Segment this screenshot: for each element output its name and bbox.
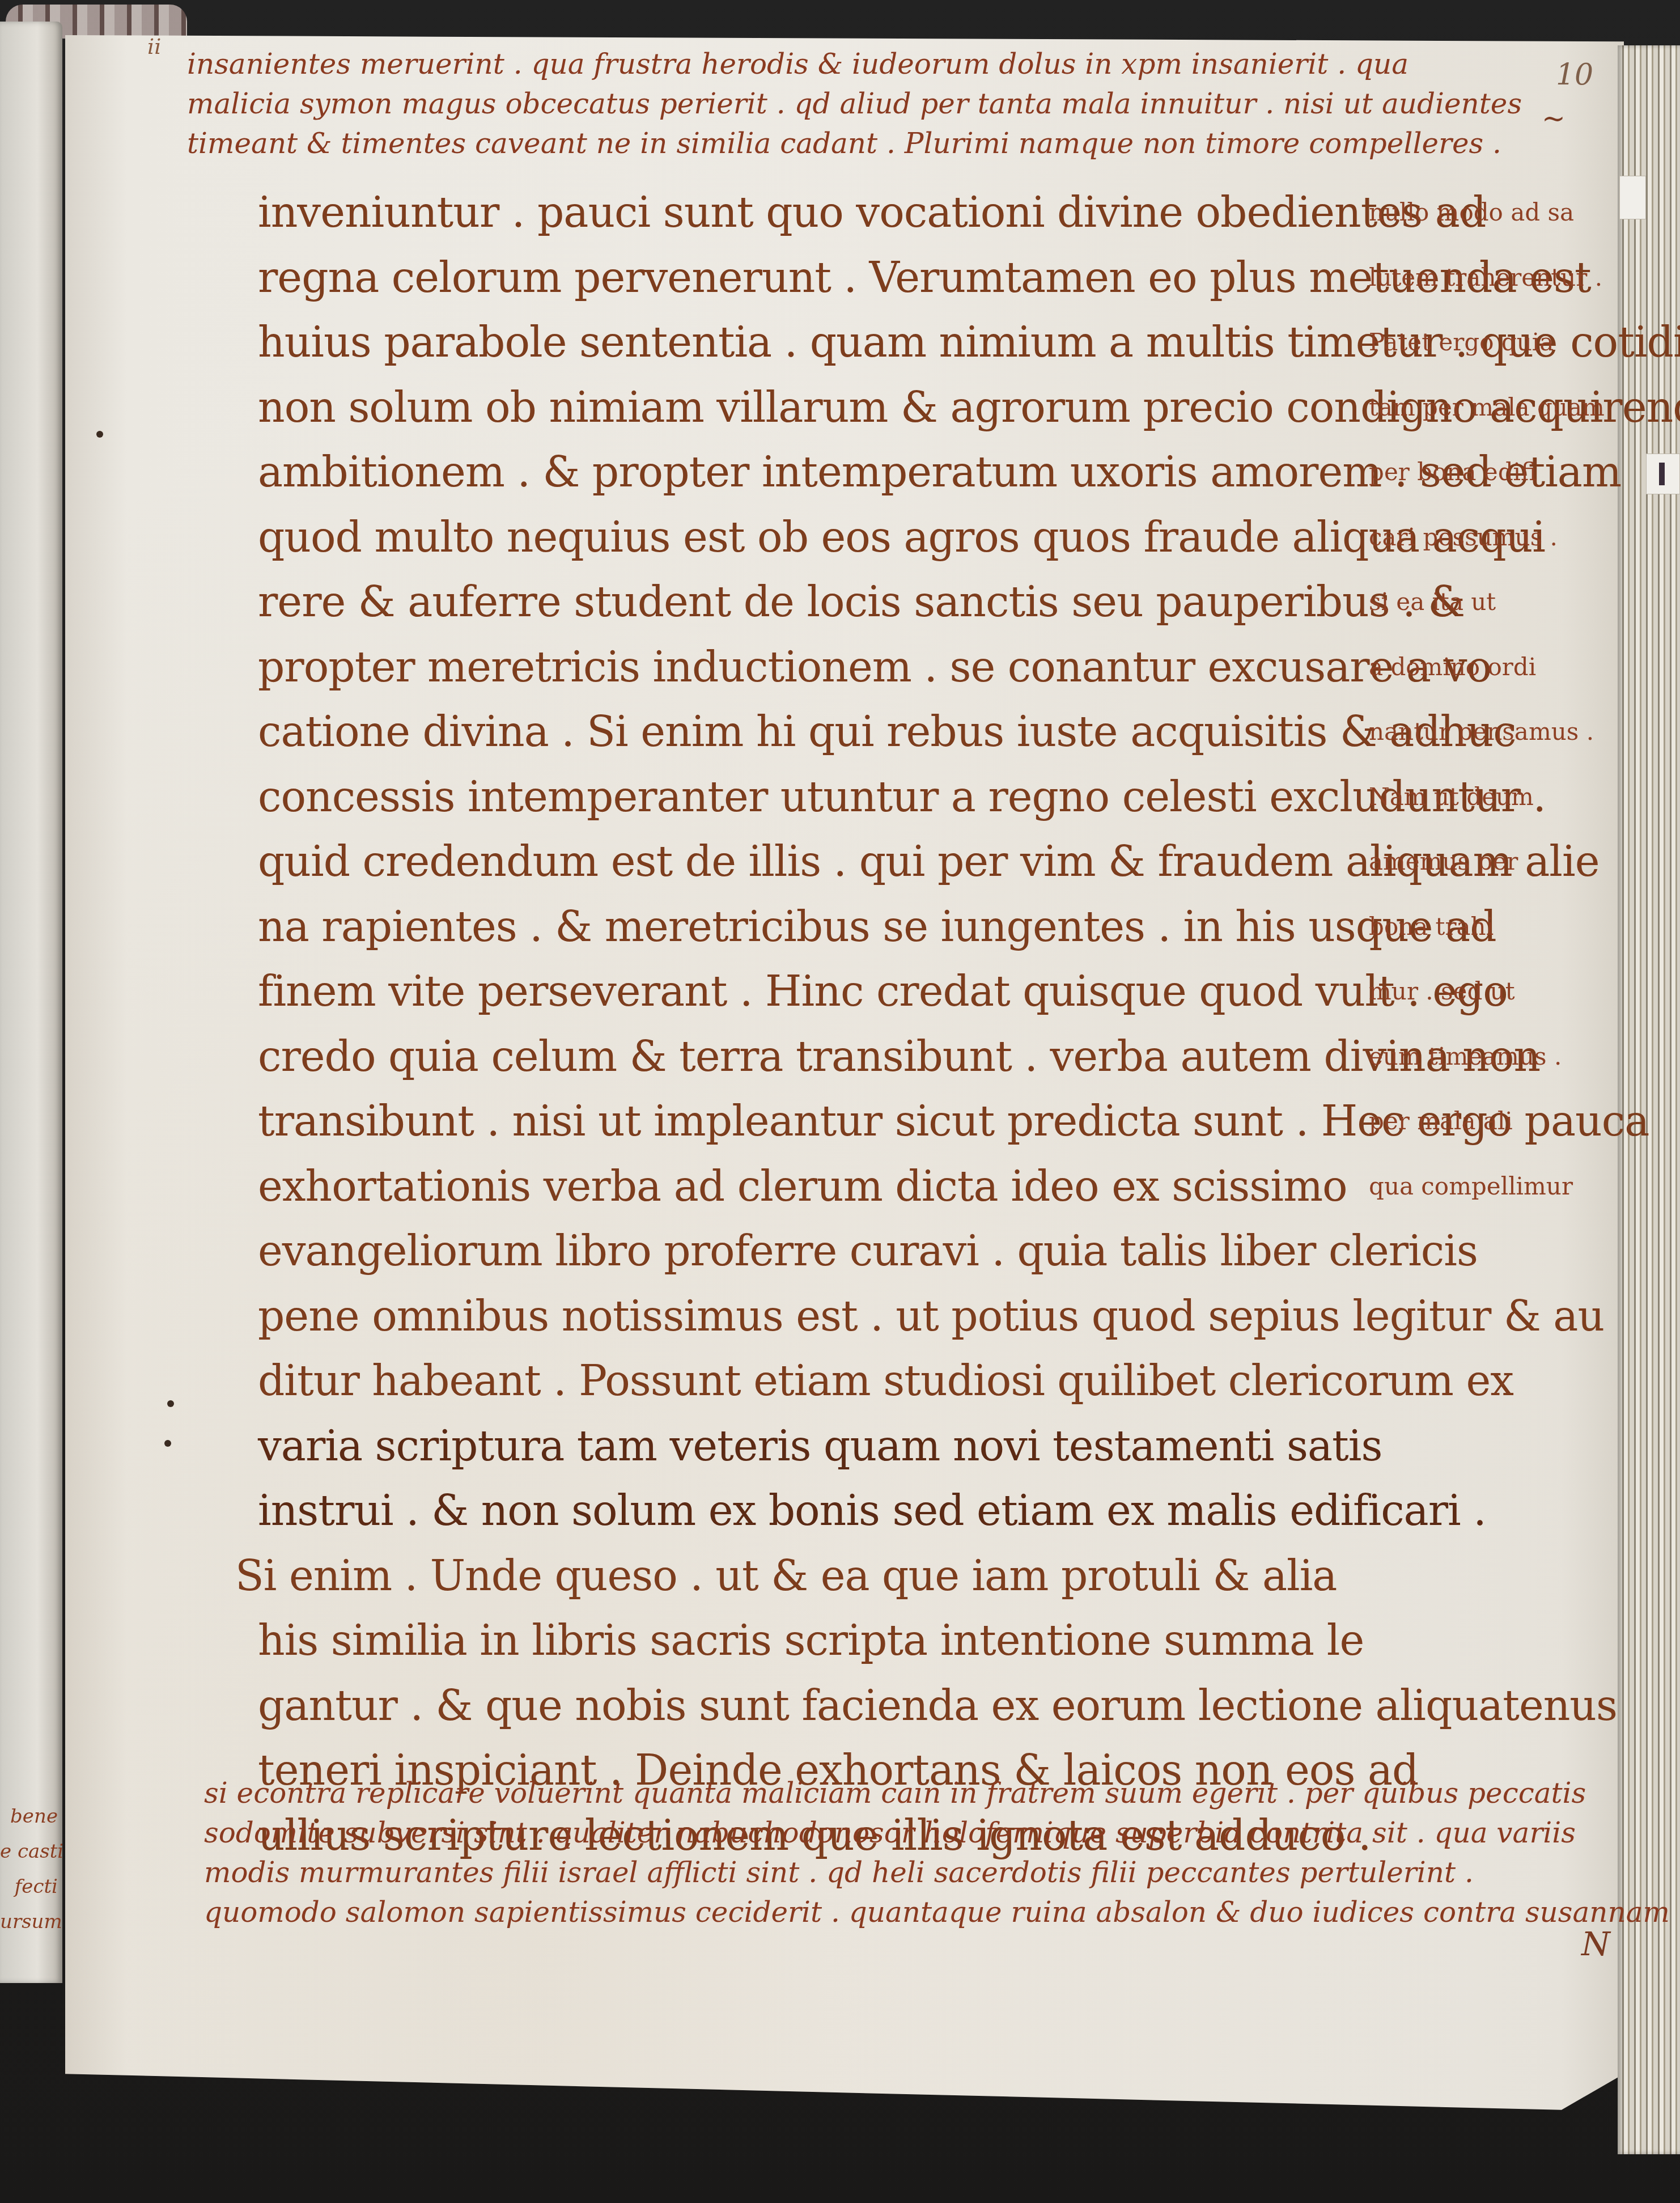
quire-mark: N bbox=[1581, 1925, 1610, 1963]
facing-fragment: ursum bbox=[0, 1904, 58, 1939]
text-line: his similia in libris sacris scripta int… bbox=[258, 1608, 1680, 1674]
gloss-line: insanientes meruerint . qua frustra hero… bbox=[187, 44, 1522, 84]
margin-line: Nam ut deum bbox=[1369, 765, 1605, 830]
facing-page-left: bene e casti fecti ursum bbox=[0, 22, 62, 1983]
pricking-dot bbox=[96, 431, 103, 438]
margin-line: tam per mala quam bbox=[1369, 375, 1605, 440]
text-line: instrui . & non solum ex bonis sed etiam… bbox=[258, 1478, 1680, 1544]
text-line: gantur . & que nobis sunt facienda ex eo… bbox=[258, 1674, 1680, 1739]
facing-fragment: bene bbox=[0, 1799, 58, 1834]
text-line: pene omnibus notissimus est . ut potius … bbox=[258, 1284, 1680, 1349]
margin-line: cari possumus . bbox=[1369, 505, 1605, 570]
gloss-line: si econtra replicare voluerint quanta ma… bbox=[204, 1773, 1670, 1813]
facing-fragment: fecti bbox=[0, 1869, 58, 1904]
margin-line: si ea ita ut bbox=[1369, 570, 1605, 635]
margin-line: mur . sed ut bbox=[1369, 959, 1605, 1024]
gloss-line: modis murmurantes filii israel afflicti … bbox=[204, 1853, 1670, 1892]
margin-line: amemus per bbox=[1369, 829, 1605, 895]
margin-line: eum timeamus . bbox=[1369, 1024, 1605, 1090]
gloss-line: sodomite subversi sint . qualiter nabuch… bbox=[204, 1813, 1670, 1853]
margin-line: a domino ordi bbox=[1369, 635, 1605, 700]
margin-line: Patet ergo quia bbox=[1369, 310, 1605, 375]
text-line: varia scriptura tam veteris quam novi te… bbox=[258, 1414, 1680, 1479]
insertion-mark: ~ bbox=[1542, 102, 1566, 135]
corner-mark: ii bbox=[147, 34, 161, 59]
top-gloss: insanientes meruerint . qua frustra hero… bbox=[187, 44, 1522, 163]
margin-line: qua compellimur bbox=[1369, 1154, 1605, 1219]
margin-line: per bona edifi bbox=[1369, 440, 1605, 505]
folio-number: 10 bbox=[1556, 58, 1593, 92]
gloss-line: quomodo salomon sapientissimus ceciderit… bbox=[204, 1892, 1670, 1932]
facing-page-gloss: bene e casti fecti ursum bbox=[0, 1799, 62, 1939]
margin-line: bona trahi bbox=[1369, 895, 1605, 960]
pricking-dot bbox=[167, 1400, 174, 1407]
margin-line: nantur pensamus . bbox=[1369, 700, 1605, 765]
margin-line: lutem traherentur . bbox=[1369, 245, 1605, 311]
bottom-gloss: si econtra replicare voluerint quanta ma… bbox=[204, 1773, 1670, 1932]
facing-fragment: e casti bbox=[0, 1834, 58, 1869]
pricking-dot bbox=[164, 1440, 171, 1447]
margin-line: per mala ali bbox=[1369, 1089, 1605, 1154]
text-line: Si enim . Unde queso . ut & ea que iam p… bbox=[235, 1544, 1680, 1609]
marginal-gloss: nullo modo ad sa lutem traherentur . Pat… bbox=[1369, 180, 1605, 1219]
text-line: evangeliorum libro proferre curavi . qui… bbox=[258, 1219, 1680, 1284]
gloss-line: timeant & timentes caveant ne in similia… bbox=[187, 124, 1522, 163]
text-line: ditur habeant . Possunt etiam studiosi q… bbox=[258, 1349, 1680, 1414]
margin-line: nullo modo ad sa bbox=[1369, 180, 1605, 245]
gloss-line: malicia symon magus obcecatus perierit .… bbox=[187, 84, 1522, 124]
